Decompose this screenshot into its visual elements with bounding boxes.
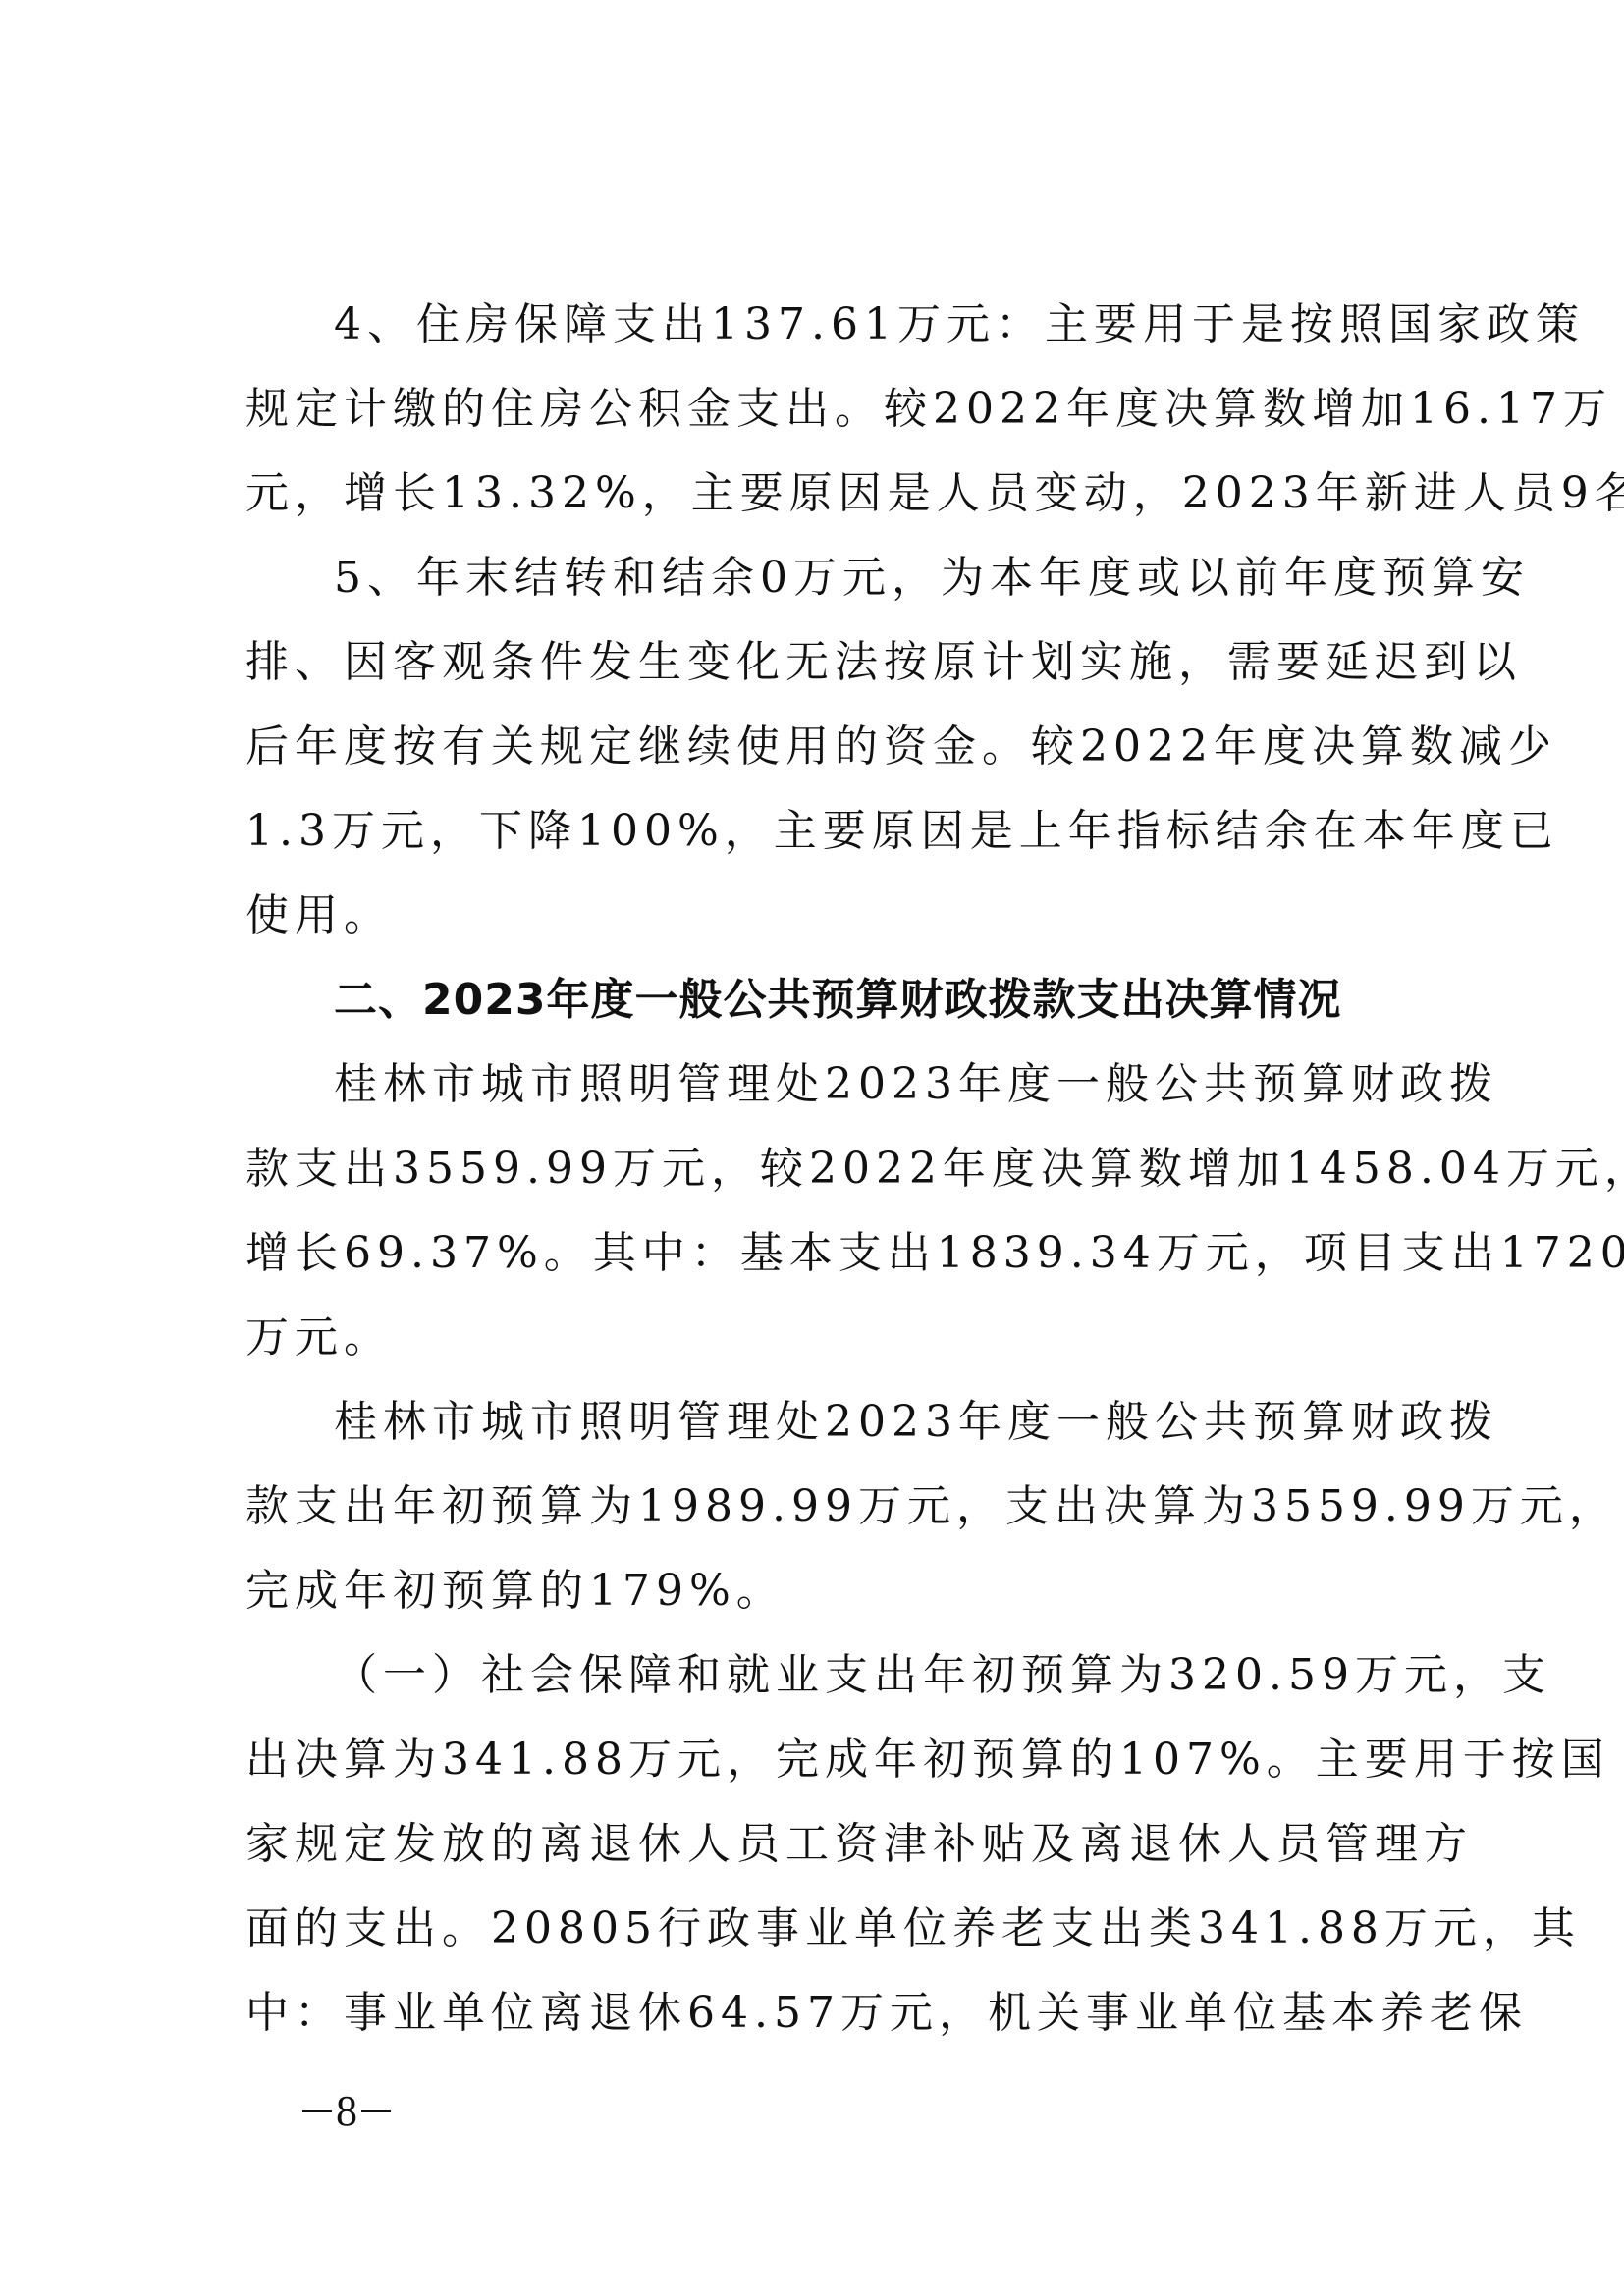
text-line: 5、年末结转和结余0万元，为本年度或以前年度预算安	[245, 536, 1384, 620]
text-line: 后年度按有关规定继续使用的资金。较2022年度决算数减少	[245, 705, 1384, 789]
text-line: 规定计缴的住房公积金支出。较2022年度决算数增加16.17万	[245, 367, 1384, 452]
paragraph-housing-expense: 4、住房保障支出137.61万元：主要用于是按照国家政策 规定计缴的住房公积金支…	[245, 283, 1384, 536]
text-line: 款支出年初预算为1989.99万元，支出决算为3559.99万元，	[245, 1465, 1384, 1549]
text-line: 面的支出。20805行政事业单位养老支出类341.88万元，其	[245, 1887, 1384, 1971]
text-line: 4、住房保障支出137.61万元：主要用于是按照国家政策	[245, 283, 1384, 367]
text-line: 桂林市城市照明管理处2023年度一般公共预算财政拨	[245, 1042, 1384, 1127]
text-line: 完成年初预算的179%。	[245, 1549, 1384, 1633]
text-line: （一）社会保障和就业支出年初预算为320.59万元，支	[245, 1633, 1384, 1718]
text-line: 使用。	[245, 874, 1384, 958]
document-page: 4、住房保障支出137.61万元：主要用于是按照国家政策 规定计缴的住房公积金支…	[245, 283, 1384, 2056]
text-line: 桂林市城市照明管理处2023年度一般公共预算财政拨	[245, 1380, 1384, 1465]
dash-right	[361, 2110, 391, 2112]
paragraph-general-budget-overview: 桂林市城市照明管理处2023年度一般公共预算财政拨 款支出3559.99万元，较…	[245, 1042, 1384, 1380]
text-line: 元，增长13.32%，主要原因是人员变动，2023年新进人员9名。	[245, 452, 1384, 536]
text-line: 中：事业单位离退休64.57万元，机关事业单位基本养老保	[245, 1971, 1384, 2056]
text-line: 增长69.37%。其中：基本支出1839.34万元，项目支出1720.65	[245, 1211, 1384, 1296]
text-line: 出决算为341.88万元，完成年初预算的107%。主要用于按国	[245, 1718, 1384, 1802]
dash-left	[302, 2110, 332, 2112]
page-number-footer: 8	[302, 2086, 391, 2136]
text-line: 1.3万元，下降100%，主要原因是上年指标结余在本年度已	[245, 789, 1384, 874]
text-line: 款支出3559.99万元，较2022年度决算数增加1458.04万元，	[245, 1127, 1384, 1211]
page-number: 8	[336, 2086, 357, 2136]
text-line: 排、因客观条件发生变化无法按原计划实施，需要延迟到以	[245, 620, 1384, 705]
paragraph-social-security-expense: （一）社会保障和就业支出年初预算为320.59万元，支 出决算为341.88万元…	[245, 1633, 1384, 2056]
paragraph-year-end-carryover: 5、年末结转和结余0万元，为本年度或以前年度预算安 排、因客观条件发生变化无法按…	[245, 536, 1384, 958]
text-line: 家规定发放的离退休人员工资津补贴及离退休人员管理方	[245, 1802, 1384, 1887]
section-heading: 二、2023年度一般公共预算财政拨款支出决算情况	[245, 958, 1384, 1042]
paragraph-budget-completion: 桂林市城市照明管理处2023年度一般公共预算财政拨 款支出年初预算为1989.9…	[245, 1380, 1384, 1633]
text-line: 万元。	[245, 1296, 1384, 1380]
